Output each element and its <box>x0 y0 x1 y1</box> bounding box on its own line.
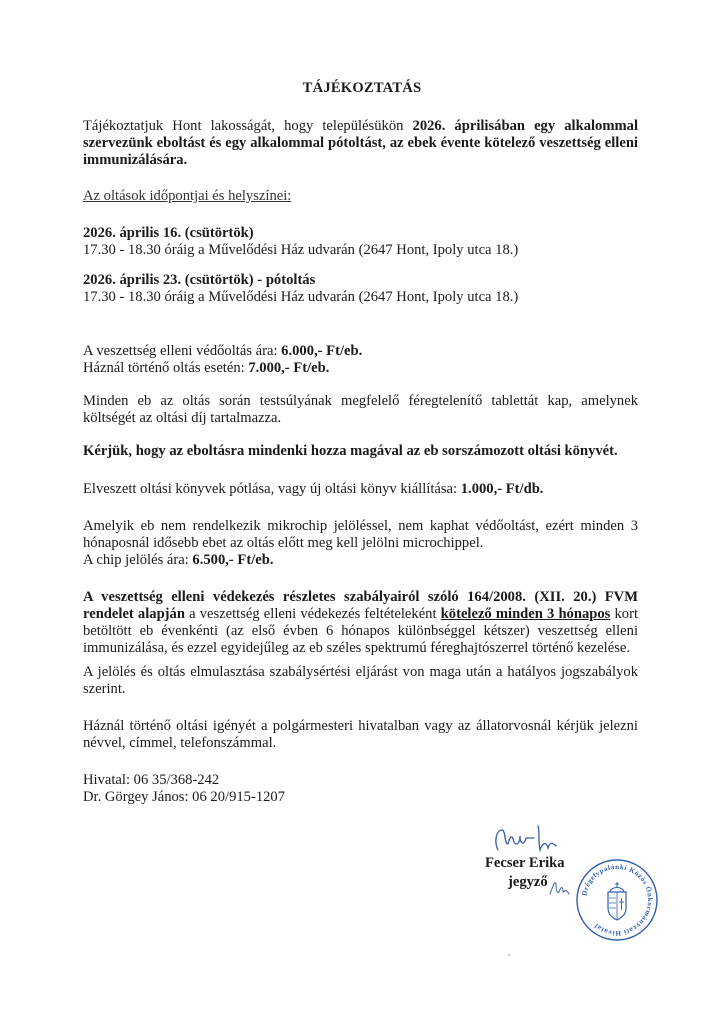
event-details: 17.30 - 18.30 óráig a Művelődési Ház udv… <box>83 289 638 306</box>
event-2: 2026. április 23. (csütörtök) - pótoltás… <box>83 272 638 306</box>
regulation-text-1: a veszettség elleni védekezés feltételek… <box>185 606 441 622</box>
chip-price-label: A chip jelölés ára: <box>83 552 192 568</box>
contacts: Hivatal: 06 35/368-242 Dr. Görgey János:… <box>83 772 638 806</box>
book-price-line: Elveszett oltási könyvek pótlása, vagy ú… <box>83 481 638 498</box>
regulation-emphasis: kötelező minden 3 hónapos <box>441 606 611 622</box>
signature-icon <box>490 822 560 858</box>
signatory-name: Fecser Erika <box>485 855 565 872</box>
book-price-label: Elveszett oltási könyvek pótlása, vagy ú… <box>83 481 461 497</box>
signatory-role: jegyző <box>508 874 548 891</box>
home-price-label: Háznál történő oltás esetén: <box>83 360 248 376</box>
penalty-paragraph: A jelölés és oltás elmulasztása szabálys… <box>83 664 638 698</box>
event-date: 2026. április 16. (csütörtök) <box>83 225 638 242</box>
schedule-heading: Az oltások időpontjai és helyszínei: <box>83 188 638 205</box>
regulation-paragraph: A veszettség elleni védekezés részletes … <box>83 589 638 657</box>
chip-price-line: A chip jelölés ára: 6.500,- Ft/eb. <box>83 552 638 569</box>
deworming-paragraph: Minden eb az oltás során testsúlyának me… <box>83 393 638 427</box>
prices: A veszettség elleni védőoltás ára: 6.000… <box>83 343 638 377</box>
contact-vet: Dr. Görgey János: 06 20/915-1207 <box>83 789 638 806</box>
chip-paragraph: Amelyik eb nem rendelkezik mikrochip jel… <box>83 518 638 552</box>
event-details: 17.30 - 18.30 óráig a Művelődési Ház udv… <box>83 242 638 259</box>
schedule-heading-text: Az oltások időpontjai és helyszínei: <box>83 188 291 204</box>
request-bold-text: Kérjük, hogy az eboltásra mindenki hozza… <box>83 443 618 459</box>
intro-text: Tájékoztatjuk Hont lakosságát, hogy tele… <box>83 118 413 134</box>
home-price-value: 7.000,- Ft/eb. <box>248 360 329 376</box>
request-paragraph: Kérjük, hogy az eboltásra mindenki hozza… <box>83 443 638 460</box>
official-stamp-icon: Drégelypalánki Közös Önkormányzati Hivat… <box>575 858 659 942</box>
document-page: TÁJÉKOZTATÁS Tájékoztatjuk Hont lakosság… <box>0 0 724 1024</box>
event-1: 2026. április 16. (csütörtök) 17.30 - 18… <box>83 225 638 259</box>
home-price-line: Háznál történő oltás esetén: 7.000,- Ft/… <box>83 360 638 377</box>
document-title: TÁJÉKOZTATÁS <box>0 80 724 97</box>
vaccine-price-value: 6.000,- Ft/eb. <box>281 343 362 359</box>
intro-paragraph: Tájékoztatjuk Hont lakosságát, hogy tele… <box>83 118 638 169</box>
contact-office: Hivatal: 06 35/368-242 <box>83 772 638 789</box>
book-price-value: 1.000,- Ft/db. <box>461 481 544 497</box>
initials-icon <box>547 876 571 898</box>
vaccine-price-line: A veszettség elleni védőoltás ára: 6.000… <box>83 343 638 360</box>
scan-speck <box>508 954 510 956</box>
vaccine-price-label: A veszettség elleni védőoltás ára: <box>83 343 281 359</box>
chip-price-value: 6.500,- Ft/eb. <box>192 552 273 568</box>
home-request-paragraph: Háznál történő oltási igényét a polgárme… <box>83 718 638 752</box>
event-date: 2026. április 23. (csütörtök) - pótoltás <box>83 272 638 289</box>
